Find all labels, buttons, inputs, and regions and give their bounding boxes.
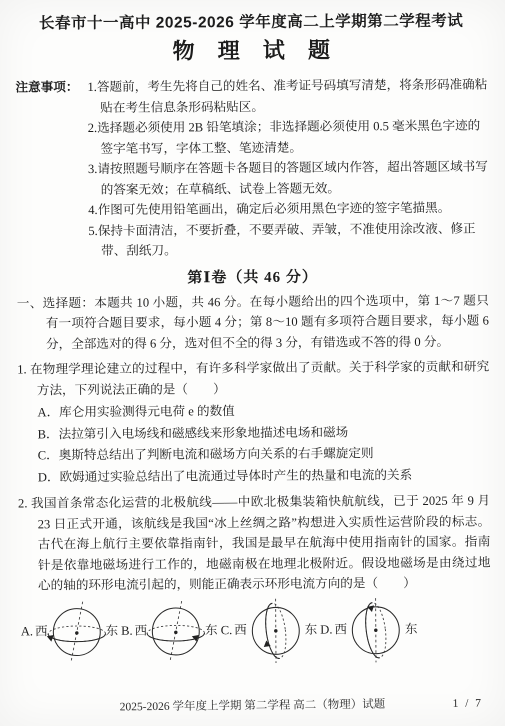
globe-vertical-ring-icon (243, 597, 309, 663)
notice-item-5: 5.保持卡面清洁，不要折叠，不要弄破、弄皱，不准使用涂改液、修正带、刮纸刀。 (88, 218, 488, 261)
question-2-diagram-options: A. 西 东 B. 西 (21, 596, 491, 665)
exam-paper-page: 长春市十一高中 2025-2026 学年度高二上学期第二学程考试 物理试题 注意… (0, 0, 505, 726)
diagram-option-c-label: C. (221, 620, 233, 641)
notice-item-3: 3.请按照题号顺序在答题卡各题目的答题区域内作答，超出答题区域书写的答案无效；在… (88, 157, 488, 200)
notice-item-2: 2.选择题必须使用 2B 铅笔填涂；非选择题必须使用 0.5 毫米黑色字迹的签字… (88, 116, 488, 159)
notice-label: 注意事项： (15, 77, 87, 98)
question-1-option-d: D．欧姆通过实验总结出了电流通过导体时产生的热量和电流的关系 (38, 464, 490, 488)
globe-center-dot (174, 630, 177, 633)
page-number: 1 / 7 (452, 693, 483, 714)
globe-center-dot (274, 629, 277, 632)
question-1-option-a: A．库仑用实验测得元电荷 e 的数值 (37, 400, 489, 424)
question-1-option-b: B．法拉第引入电场线和磁感线来形象地描述电场和磁场 (38, 421, 490, 445)
question-2: 2. 我国首条常态化运营的北极航线——中欧北极集装箱快航航线，已于 2025 年… (18, 491, 491, 596)
notice-block: 注意事项： 1.答题前，考生先将自己的姓名、准考证号码填写清楚，将条形码准确粘贴… (15, 75, 488, 262)
notice-item-4: 4.作图可先使用铅笔画出，确定后必须用黑色字迹的签字笔描黑。 (88, 198, 488, 221)
notice-items: 1.答题前，考生先将自己的姓名、准考证号码填写清楚，将条形码准确粘贴在考生信息条… (87, 75, 488, 262)
equator-ring-front (48, 633, 105, 641)
question-2-stem: 我国首条常态化运营的北极航线——中欧北极集装箱快航航线，已于 2025 年 9 … (31, 494, 490, 593)
section-1-header: 第Ⅰ卷（共 46 分） (17, 264, 489, 291)
question-1-option-c: C．奥斯特总结出了判断电流和磁场方向关系的右手螺旋定则 (38, 443, 490, 467)
question-1: 1. 在物理学理论建立的过程中，有许多科学家做出了贡献。关于科学家的贡献和研究方… (17, 357, 489, 401)
diagram-option-d-label: D. (320, 620, 332, 641)
footer-text: 2025-2026 学年度上学期 第二学程 高二（物理）试题 (120, 698, 386, 713)
page-content: 长春市十一高中 2025-2026 学年度高二上学期第二学程考试 物理试题 注意… (15, 7, 491, 665)
question-1-options: A．库仑用实验测得元电荷 e 的数值 B．法拉第引入电场线和磁感线来形象地描述电… (37, 400, 490, 489)
question-1-stem: 在物理学理论建立的过程中，有许多科学家做出了贡献。关于科学家的贡献和研究方法，下… (30, 360, 489, 397)
diagram-option-b: B. 西 东 (121, 598, 218, 665)
page-footer: 2025-2026 学年度上学期 第二学程 高二（物理）试题 1 / 7 (0, 693, 505, 719)
diagram-option-c-east-label: 东 (305, 620, 318, 641)
diagram-option-b-east-label: 东 (205, 620, 218, 641)
question-2-number: 2. (18, 496, 28, 510)
diagram-option-b-label: B. (121, 621, 133, 642)
notice-item-1: 1.答题前，考生先将自己的姓名、准考证号码填写清楚，将条形码准确粘贴在考生信息条… (87, 75, 487, 118)
globe-horizontal-ring-westward-icon (43, 598, 109, 664)
exam-title-line2: 物理试题 (15, 35, 487, 68)
diagram-option-d-east-label: 东 (405, 619, 418, 640)
diagram-option-a-east-label: 东 (106, 621, 119, 642)
globe-center-dot (374, 628, 377, 631)
question-1-number: 1. (17, 362, 27, 376)
globe-center-dot (75, 631, 78, 634)
globe-horizontal-ring-eastward-icon (143, 598, 209, 664)
diagram-option-d: D. 西 东 (320, 597, 418, 664)
multiple-choice-instructions: 一、选择题：本题共 10 小题，共 46 分。在每小题给出的四个选项中，第 1～… (17, 290, 489, 354)
diagram-option-c: C. 西 东 (220, 597, 317, 664)
diagram-option-a: A. 西 东 (21, 598, 119, 665)
current-arrow (45, 632, 53, 641)
current-arrow (263, 640, 271, 647)
diagram-option-a-label: A. (21, 622, 33, 643)
current-arrow (367, 602, 376, 611)
globe-vertical-ring-icon (343, 597, 409, 663)
exam-title-line1: 长春市十一高中 2025-2026 学年度高二上学期第二学程考试 (15, 11, 487, 36)
